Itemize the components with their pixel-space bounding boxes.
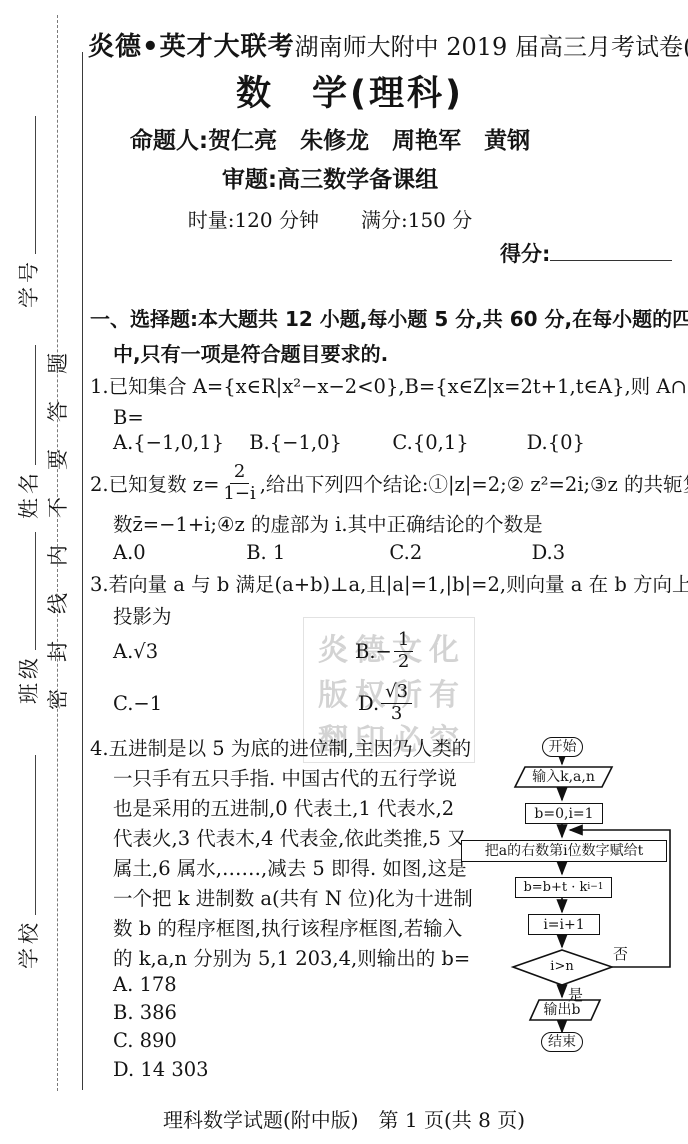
q4-line5: 属土,6 属水,……,减去 5 即得. 如图,这是 [113, 853, 467, 881]
full-score: 满分:150 分 [361, 208, 472, 232]
q3-options-row2: C.−1 D. √33 [113, 681, 414, 725]
flow-init-node: b=0,i=1 [525, 803, 603, 824]
q4-line7: 数 b 的程序框图,执行该程序框图,若输入 [113, 913, 462, 941]
q2-line1: 2.已知复数 z= 21−i ,给出下列四个结论:①|z|=2;② z²=2i;… [90, 461, 688, 505]
section1-heading-line2: 中,只有一项是符合题目要求的. [113, 338, 388, 367]
setters-line: 命题人:贺仁亮 朱修龙 周艳军 黄钢 [90, 122, 570, 155]
q1-option-b: B.{−1,0} [249, 431, 386, 454]
q2-option-d: D.3 [532, 541, 566, 564]
exam-header: 炎德•英才大联考湖南师大附中 2019 届高三月考试卷(四) [88, 26, 680, 63]
student-no-blank [16, 116, 36, 254]
student-no-label: 学号 [17, 258, 41, 308]
class-label: 班级 [17, 654, 41, 704]
q2-text-post: ,给出下列四个结论:①|z|=2;② z²=2i;③z 的共轭复 [260, 469, 688, 497]
q4-line6: 一个把 k 进制数 a(共有 N 位)化为十进制 [113, 883, 473, 911]
school-blank [16, 755, 36, 915]
q2-option-c: C.2 [389, 541, 525, 564]
q4-option-b: B. 386 [113, 1001, 177, 1024]
q4-line1: 4.五进制是以 5 为底的进位制,主因乃人类的 [90, 733, 471, 761]
flow-no-label: 否 [613, 943, 628, 964]
flow-start-node: 开始 [542, 737, 583, 757]
q2-text-pre: 2.已知复数 z= [90, 469, 219, 497]
q2-option-a: A.0 [113, 541, 240, 564]
flow-update-node: b=b+t · ki−1 [515, 877, 612, 898]
content-layer: 学号 姓名 班级 学校 密封线内不要答题 炎德•英才大联考湖南师大附中 2019… [0, 0, 688, 1144]
q3-option-b-denominator: 2 [396, 652, 411, 673]
exam-name: 湖南师大附中 2019 届高三月考试卷(四) [295, 33, 688, 61]
reviewers-line: 审题:高三数学备课组 [90, 161, 570, 194]
q2-options: A.0 B. 1 C.2 D.3 [113, 541, 565, 564]
q2-fraction: 21−i [221, 462, 257, 504]
q3-option-b-fraction: 12 [394, 630, 413, 672]
class-field: 班级 [13, 532, 43, 704]
q4-line3: 也是采用的五进制,0 代表土,1 代表水,2 [113, 793, 454, 821]
q3-option-a: A.√3 [113, 640, 355, 663]
seal-text: 密封线内不要答题 [42, 326, 72, 710]
page-footer: 理科数学试题(附中版) 第 1 页(共 8 页) [0, 1104, 688, 1133]
score-label: 得分: [500, 242, 550, 266]
q4-line8: 的 k,a,n 分别为 5,1 203,4,则输出的 b= [113, 943, 470, 971]
flow-increment-node: i=i+1 [528, 914, 600, 935]
q3-options-row1: A.√3 B.− 12 [113, 629, 415, 673]
flow-update-expression: b=b+t · k [523, 881, 587, 894]
q2-fraction-denominator: 1−i [221, 484, 257, 505]
q3-line2: 投影为 [113, 601, 172, 629]
score-field: 得分: [500, 238, 672, 268]
q3-option-c: C.−1 [113, 692, 358, 715]
q1-line2: B= [113, 406, 144, 429]
class-blank [16, 532, 36, 650]
q4-line2: 一只手有五只手指. 中国古代的五行学说 [113, 763, 457, 791]
flow-output-node: 输出b [533, 1001, 591, 1019]
q3-option-d-denominator: 3 [389, 704, 404, 725]
q1-line1: 1.已知集合 A={x∈R|x²−x−2<0},B={x∈Z|x=2t+1,t∈… [90, 371, 687, 399]
q1-option-d: D.{0} [527, 431, 585, 454]
score-blank [550, 240, 672, 261]
student-no-field: 学号 [13, 116, 43, 308]
duration: 时量:120 分钟 [188, 208, 319, 232]
q2-line2: 数z̄=−1+i;④z 的虚部为 i.其中正确结论的个数是 [113, 509, 543, 537]
q3-option-d-fraction: √33 [381, 682, 412, 724]
name-blank [16, 345, 36, 465]
q2-option-b: B. 1 [246, 541, 383, 564]
flow-update-exponent: i−1 [587, 883, 603, 892]
q3-option-d-numerator: √3 [381, 682, 412, 704]
q3-option-b-pre: B.− [355, 640, 392, 663]
paper-title: 数 学(理科) [90, 66, 610, 116]
school-label: 学校 [17, 919, 41, 969]
q2-fraction-numerator: 2 [230, 462, 249, 484]
flow-assign-node: 把a的右数第i位数字赋给t [461, 840, 667, 862]
q1-option-a: A.{−1,0,1} [113, 431, 243, 454]
q1-options: A.{−1,0,1} B.{−1,0} C.{0,1} D.{0} [113, 431, 585, 454]
q4-line4: 代表火,3 代表木,4 代表金,依此类推,5 又 [113, 823, 467, 851]
q4-option-a: A. 178 [113, 973, 177, 996]
flow-end-node: 结束 [541, 1032, 583, 1052]
q3-line1: 3.若向量 a 与 b 满足(a+b)⊥a,且|a|=1,|b|=2,则向量 a… [90, 569, 688, 597]
name-field: 姓名 [13, 345, 43, 519]
margin-solid-line [82, 52, 83, 1090]
q3-option-b-numerator: 1 [394, 630, 413, 652]
timing-line: 时量:120 分钟满分:150 分 [90, 204, 570, 233]
exam-paper-page: 炎德文化 版权所有 翻印必究 学号 姓名 班级 学校 密封线内不要答题 炎德•英… [0, 0, 688, 1144]
exam-series-name: 炎德•英才大联考 [88, 32, 295, 62]
q4-flowchart: 开始 输入k,a,n b=0,i=1 把a的右数第i位数字赋给t b=b+t ·… [455, 725, 683, 1065]
flow-input-node: 输入k,a,n [517, 767, 610, 787]
school-field: 学校 [13, 755, 43, 969]
flow-condition-node: i>n [540, 957, 584, 975]
q3-option-d-pre: D. [358, 692, 379, 715]
q4-option-c: C. 890 [113, 1029, 177, 1052]
q1-option-c: C.{0,1} [392, 431, 520, 454]
q4-option-d: D. 14 303 [113, 1058, 209, 1081]
section1-heading-line1: 一、选择题:本大题共 12 小题,每小题 5 分,共 60 分,在每小题的四个选… [90, 303, 688, 332]
name-label: 姓名 [17, 469, 41, 519]
